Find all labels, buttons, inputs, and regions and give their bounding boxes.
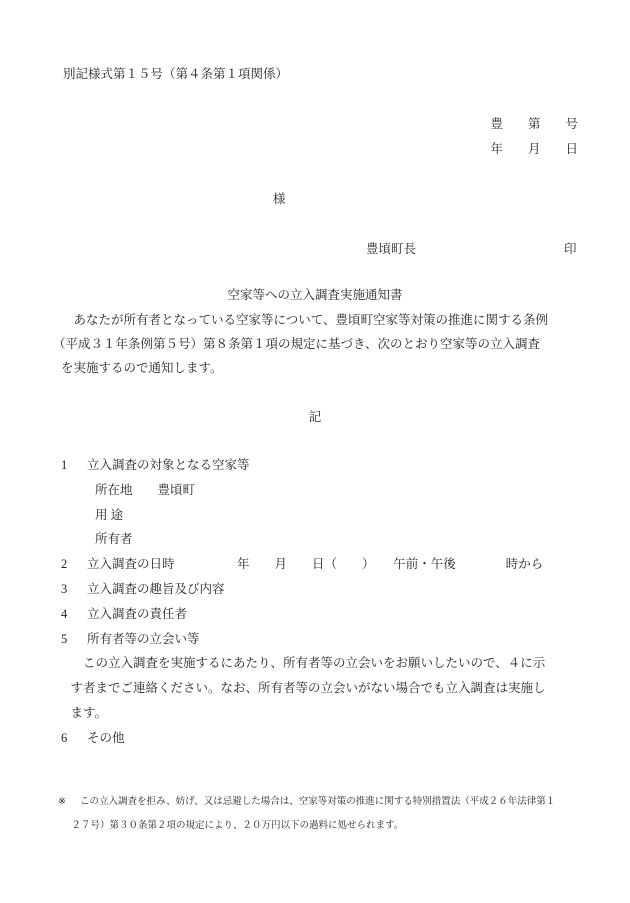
intro-line-3: を実施するので通知します。 [61, 361, 223, 377]
record-marker: 記 [0, 410, 630, 426]
item-3-number: 3 [61, 582, 87, 598]
form-number: 別記様式第１５号（第４条第１項関係） [63, 67, 288, 83]
item-6: 6その他 [61, 731, 125, 747]
item-2: 2立入調査の日時 年 月 日（ ） 午前・午後 時から [61, 557, 543, 573]
addressee-suffix: 様 [273, 192, 286, 208]
item-6-label: その他 [87, 731, 125, 745]
item-1: 1立入調査の対象となる空家等 [61, 458, 250, 474]
item-5-number: 5 [61, 632, 87, 648]
seal-mark: 印 [564, 242, 577, 258]
item-5-label: 所有者等の立会い等 [87, 632, 200, 646]
doc-number-line: 豊 第 号 [490, 117, 578, 133]
document-title: 空家等への立入調査実施通知書 [0, 288, 630, 304]
item-4-number: 4 [61, 607, 87, 623]
item-2-label: 立入調査の日時 年 月 日（ ） 午前・午後 時から [87, 557, 543, 571]
footnote-marker: ※ [58, 797, 80, 809]
item-2-number: 2 [61, 557, 87, 573]
item-1-detail-location: 所在地 豊頃町 [95, 483, 195, 499]
item-5-note-line-1: この立入調査を実施するにあたり、所有者等の立会いをお願いしたいので、４に示 [58, 656, 545, 672]
item-1-detail-owner: 所有者 [95, 532, 133, 548]
item-1-detail-use: 用 途 [95, 508, 123, 524]
footnote-line-2: ２７号）第３０条第２項の規定により、２０万円以下の過料に処せられます。 [62, 821, 403, 833]
intro-line-2: （平成３１年条例第５号）第８条第１項の規定に基づき、次のとおり空家等の立入調査 [53, 337, 540, 353]
item-3-label: 立入調査の趣旨及び内容 [87, 582, 225, 596]
date-line: 年 月 日 [490, 142, 578, 158]
item-1-number: 1 [61, 458, 87, 474]
item-5-note-line-3: ます。 [58, 706, 107, 722]
item-4-label: 立入調査の責任者 [87, 607, 187, 621]
footnote-line-1: ※この立入調査を拒み、妨げ、又は忌避した場合は、空家等対策の推進に関する特別措置… [58, 797, 555, 809]
intro-line-1: あなたが所有者となっている空家等について、豊頃町空家等対策の推進に関する条例 [61, 313, 548, 329]
item-3: 3立入調査の趣旨及び内容 [61, 582, 225, 598]
item-5-note-line-2: す者までご連絡ください。なお、所有者等の立会いがない場合でも立入調査は実施し [58, 681, 546, 697]
document-page: 別記様式第１５号（第４条第１項関係） 豊 第 号 年 月 日 様 豊頃町長 印 … [0, 0, 630, 903]
sender-title: 豊頃町長 [366, 242, 416, 258]
item-1-label: 立入調査の対象となる空家等 [87, 458, 250, 472]
footnote-text-1: この立入調査を拒み、妨げ、又は忌避した場合は、空家等対策の推進に関する特別措置法… [80, 797, 555, 807]
item-6-number: 6 [61, 731, 87, 747]
item-5: 5所有者等の立会い等 [61, 632, 200, 648]
item-4: 4立入調査の責任者 [61, 607, 187, 623]
